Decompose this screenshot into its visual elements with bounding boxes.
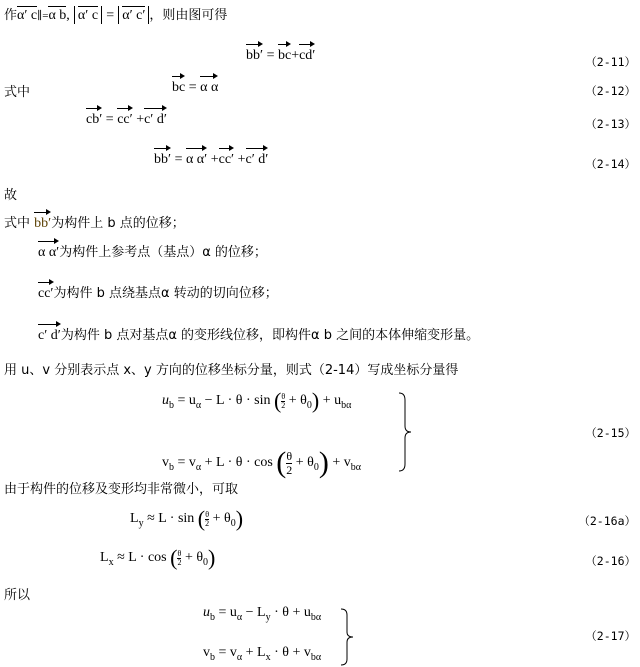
term: + θ [213, 511, 231, 526]
vector-bb-prime: bb′ [34, 210, 51, 232]
subscript: bα [351, 462, 361, 473]
vector-cc-prime: cc′ [38, 280, 54, 302]
vector-bb-prime: bb′ [246, 42, 263, 64]
vector-cd-prime: cd′ [299, 42, 315, 64]
abs-a-prime-c: α′ c [74, 6, 102, 24]
vector-c-prime-d-prime: c′ d′ [246, 146, 269, 168]
subscript: x [109, 557, 114, 568]
equals-sign: = [106, 112, 114, 127]
vector-a-prime-c: α′ c [17, 6, 37, 24]
fraction-theta-over-2: θ2 [177, 550, 181, 567]
equation-2-13: cb′ = cc′ +c′ d′ [86, 106, 167, 128]
fraction-theta-over-2: θ2 [205, 511, 209, 528]
equals-sign: = [267, 48, 275, 63]
fraction-theta-over-2: θ2 [281, 393, 285, 410]
term: · θ + v [271, 645, 311, 660]
left-paren: ( [198, 506, 205, 531]
term: + u [323, 393, 341, 408]
intro-line: 作α′ c∥=α b, α′ c = α′ c′，则由图可得 [4, 4, 227, 24]
left-paren: ( [276, 446, 286, 479]
label-shizhong-2: 式中 [4, 216, 30, 231]
vector-aa-prime: α α′ [38, 239, 59, 261]
definition-text: 为构件上 b 点的位移； [51, 216, 185, 231]
definition-text: 为构件上参考点（基点）α 的位移； [59, 245, 267, 260]
equation-2-12: bc = α α [172, 74, 218, 96]
vector-c-prime-d-prime: c′ d′ [144, 106, 167, 128]
subscript: b [169, 462, 174, 473]
definition-text: 为构件 b 点对基点α 的变形线位移，即构件α b 之间的本体伸缩变形量。 [61, 328, 479, 343]
term: = v [219, 645, 237, 660]
term: · θ + u [271, 605, 311, 620]
equation-2-16: Lx ≈ L · cos (θ2 + θ0) [100, 545, 215, 571]
term: + v [332, 455, 350, 470]
equation-number-2-17: （2-17） [585, 628, 636, 644]
denominator: 2 [177, 558, 181, 567]
equation-number-2-16: （2-16） [585, 553, 636, 569]
symbol-u: u [203, 605, 210, 620]
subscript: bα [341, 400, 351, 411]
equation-2-11: bb′ = bc+cd′ [246, 42, 315, 64]
right-paren: ) [208, 545, 215, 570]
equation-number-2-11: （2-11） [585, 54, 636, 70]
symbol-u: u [162, 393, 169, 408]
subscript: bα [311, 612, 321, 623]
term: = u [178, 393, 196, 408]
label-shizhong-1: 式中 [4, 81, 30, 100]
paragraph-so: 所以 [4, 584, 30, 603]
numerator: θ [286, 450, 292, 463]
subscript: y [139, 518, 144, 529]
right-brace-icon [398, 392, 412, 472]
definition-3: cc′为构件 b 点绕基点α 转动的切向位移； [38, 280, 278, 302]
right-paren: ) [236, 506, 243, 531]
right-paren: ) [312, 388, 319, 413]
paragraph-small-displacement: 由于构件的位移及变形均非常微小，可取 [4, 478, 238, 497]
subscript: bα [311, 652, 321, 663]
intro-suffix: ，则由图可得 [149, 8, 227, 23]
intro-equals: = [106, 8, 114, 23]
vector-cb-prime: cb′ [86, 106, 102, 128]
paragraph-uv: 用 u、v 分别表示点 x、y 方向的位移坐标分量，则式（2-14）写成坐标分量… [4, 359, 458, 378]
symbol-v: v [162, 455, 169, 470]
term: − L · θ · sin [205, 393, 271, 408]
parallel-equal-symbol: ∥= [37, 10, 48, 22]
term: = u [219, 605, 237, 620]
left-paren: ( [170, 545, 177, 570]
abs-a-prime-c-prime: α′ c′ [118, 6, 149, 24]
definition-2: α α′为构件上参考点（基点）α 的位移； [38, 239, 267, 261]
equation-number-2-13: （2-13） [585, 116, 636, 132]
intro-prefix: 作 [4, 8, 17, 23]
vector-c-prime-d-prime: c′ d′ [38, 322, 61, 344]
equation-2-14: bb′ = α α′ +cc′ +c′ d′ [154, 146, 268, 168]
subscript: α [237, 652, 242, 663]
definition-text: 为构件 b 点绕基点α 转动的切向位移； [54, 286, 278, 301]
vector-cc-prime: cc′ [219, 146, 235, 168]
left-paren: ( [274, 388, 281, 413]
vector-ab: α b [48, 6, 66, 24]
subscript: b [169, 400, 174, 411]
symbol-L: L [100, 550, 109, 565]
definition-4: c′ d′为构件 b 点对基点α 的变形线位移，即构件α b 之间的本体伸缩变形… [38, 322, 479, 344]
symbol-L: L [130, 511, 139, 526]
equals-sign: = [189, 80, 197, 95]
term: ≈ L · cos [117, 550, 167, 565]
term: + L · θ · cos [205, 455, 273, 470]
symbol-v: v [203, 645, 210, 660]
vector-bb-prime: bb′ [154, 146, 171, 168]
equation-number-2-16a: （2-16a） [578, 513, 636, 529]
vector-aa-prime: α α′ [186, 146, 207, 168]
vector-cc-prime: cc′ [117, 106, 133, 128]
fraction-theta-over-2: θ2 [286, 450, 292, 477]
vector-bc: bc [172, 74, 185, 96]
subscript: b [210, 652, 215, 663]
definition-1: 式中 bb′为构件上 b 点的位移； [4, 210, 185, 232]
term: ≈ L · sin [147, 511, 194, 526]
equation-2-15-line1: ub = uα − L · θ · sin (θ2 + θ0) + ubα [162, 388, 351, 414]
equation-2-17-line2: vb = vα + Lx · θ + vbα [203, 645, 321, 663]
numerator: θ [281, 393, 285, 401]
denominator: 2 [286, 463, 292, 477]
equation-2-15-line2: vb = vα + L · θ · cos (θ2 + θ0) + vbα [162, 446, 361, 480]
vector-bc: bc [278, 42, 291, 64]
subscript: α [237, 612, 242, 623]
denominator: 2 [205, 519, 209, 528]
equation-2-17-line1: ub = uα − Ly · θ + ubα [203, 605, 321, 623]
equation-number-2-14: （2-14） [585, 156, 636, 172]
subscript: b [210, 612, 215, 623]
right-brace-icon [340, 608, 354, 666]
numerator: θ [205, 511, 209, 519]
equation-2-16a: Ly ≈ L · sin (θ2 + θ0) [130, 506, 243, 532]
right-paren: ) [319, 446, 329, 479]
denominator: 2 [281, 401, 285, 410]
term: + θ [185, 550, 203, 565]
equation-number-2-15: （2-15） [585, 425, 636, 441]
subscript: α [196, 462, 201, 473]
equation-number-2-12: （2-12） [585, 83, 636, 99]
term: = v [178, 455, 196, 470]
vector-aa: α α [200, 74, 218, 96]
subscript: α [196, 400, 201, 411]
therefore-label: 故 [4, 184, 17, 203]
intro-comma: , [66, 8, 70, 23]
equals-sign: = [175, 152, 183, 167]
term: + L [246, 645, 266, 660]
term: + θ [289, 393, 307, 408]
numerator: θ [177, 550, 181, 558]
term: + θ [296, 455, 314, 470]
term: − L [246, 605, 266, 620]
